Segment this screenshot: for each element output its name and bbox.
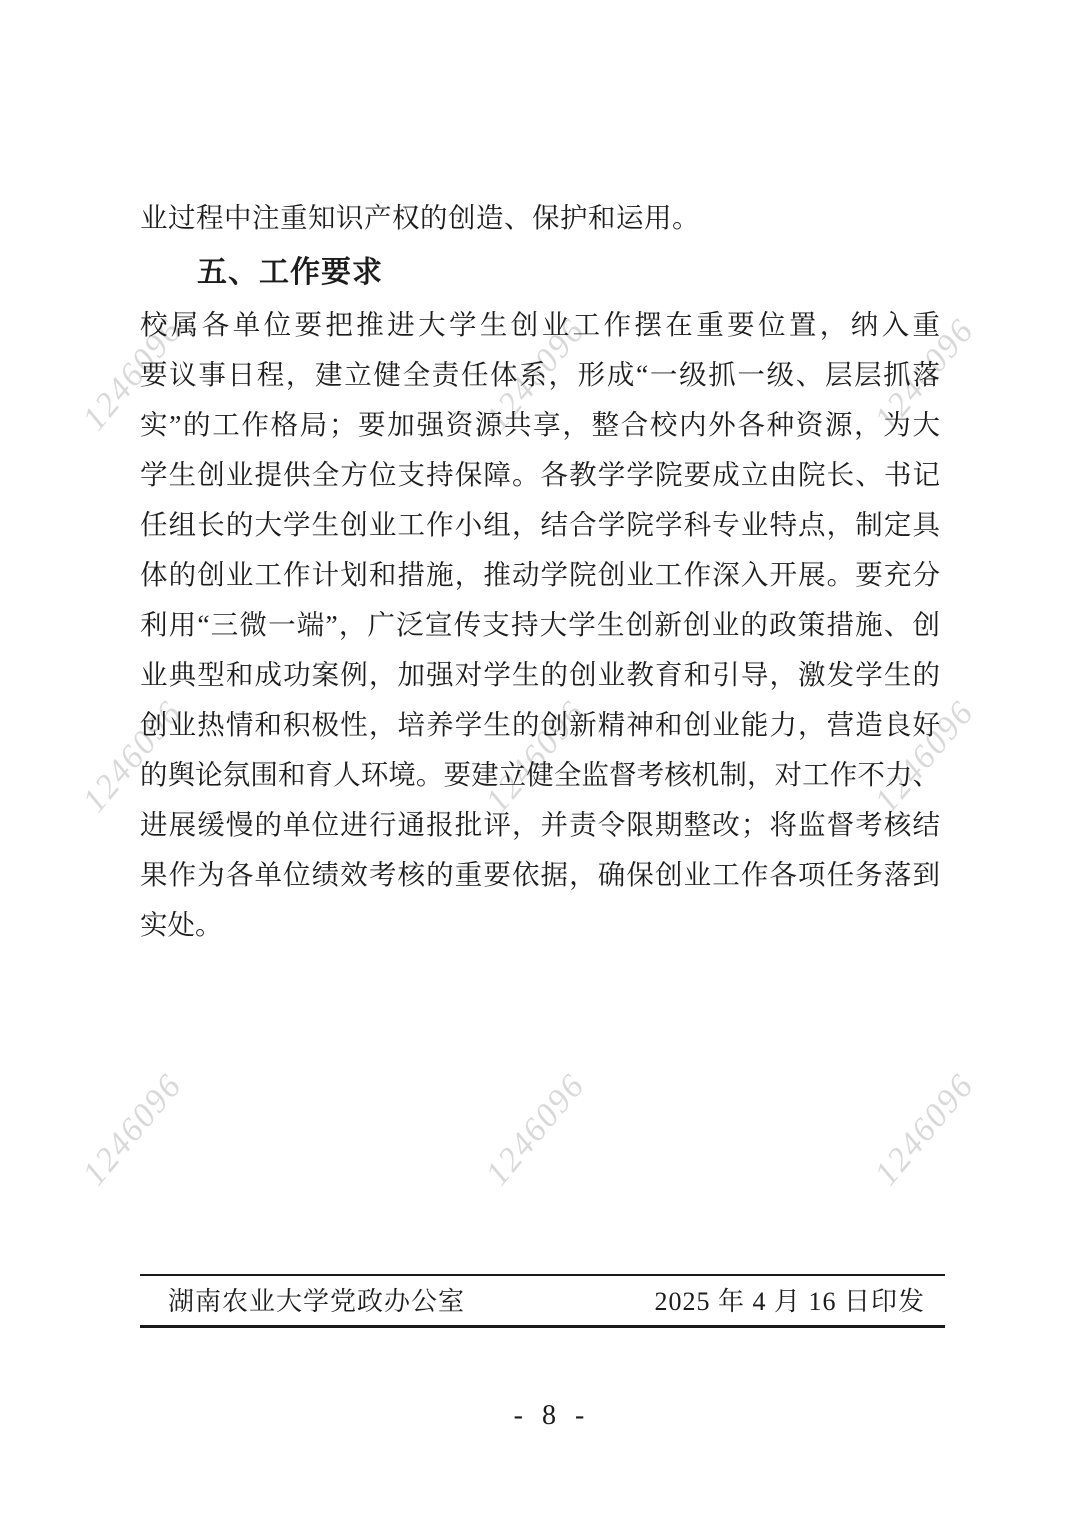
paragraph-line: 利用“三微一端”，广泛宣传支持大学生创新创业的政策措施、创 bbox=[140, 600, 940, 650]
paragraph-line: 进展缓慢的单位进行通报批评，并责令限期整改；将监督考核结 bbox=[140, 800, 940, 850]
paragraph-line: 任组长的大学生创业工作小组，结合学院学科专业特点，制定具 bbox=[140, 500, 940, 550]
paragraph-line: 实处。 bbox=[140, 900, 940, 950]
paragraph-line: 的舆论氛围和育人环境。要建立健全监督考核机制，对工作不力、 bbox=[140, 750, 940, 800]
issuing-office: 湖南农业大学党政办公室 bbox=[168, 1281, 465, 1318]
paragraph-line: 实”的工作格局；要加强资源共享，整合校内外各种资源，为大 bbox=[140, 400, 940, 450]
paragraph-line: 果作为各单位绩效考核的重要依据，确保创业工作各项任务落到 bbox=[140, 850, 940, 900]
paragraph-line: 校属各单位要把推进大学生创业工作摆在重要位置，纳入重 bbox=[140, 300, 940, 350]
section-heading: 五、工作要求 bbox=[140, 245, 940, 300]
document-body: 业过程中注重知识产权的创造、保护和运用。 五、工作要求 校属各单位要把推进大学生… bbox=[140, 193, 940, 950]
paragraph-line: 要议事日程，建立健全责任体系，形成“一级抓一级、层层抓落 bbox=[140, 350, 940, 400]
watermark-text: 1246096 bbox=[868, 1067, 983, 1193]
paragraph-continuation-line: 业过程中注重知识产权的创造、保护和运用。 bbox=[140, 193, 940, 243]
document-footer: 湖南农业大学党政办公室 2025 年 4 月 16 日印发 bbox=[140, 1274, 945, 1328]
print-date: 2025 年 4 月 16 日印发 bbox=[654, 1281, 925, 1318]
watermark-text: 1246096 bbox=[76, 1067, 191, 1193]
watermark-text: 1246096 bbox=[479, 1067, 594, 1193]
body-paragraph: 校属各单位要把推进大学生创业工作摆在重要位置，纳入重 要议事日程，建立健全责任体… bbox=[140, 300, 940, 950]
document-page: 1246096 1246096 1246096 1246096 1246096 … bbox=[0, 0, 1074, 1520]
paragraph-line: 创业热情和积极性，培养学生的创新精神和创业能力，营造良好 bbox=[140, 700, 940, 750]
paragraph-line: 学生创业提供全方位支持保障。各教学学院要成立由院长、书记 bbox=[140, 450, 940, 500]
page-number: - 8 - bbox=[0, 1400, 1074, 1432]
paragraph-line: 体的创业工作计划和措施，推动学院创业工作深入开展。要充分 bbox=[140, 550, 940, 600]
paragraph-line: 业典型和成功案例，加强对学生的创业教育和引导，激发学生的 bbox=[140, 650, 940, 700]
